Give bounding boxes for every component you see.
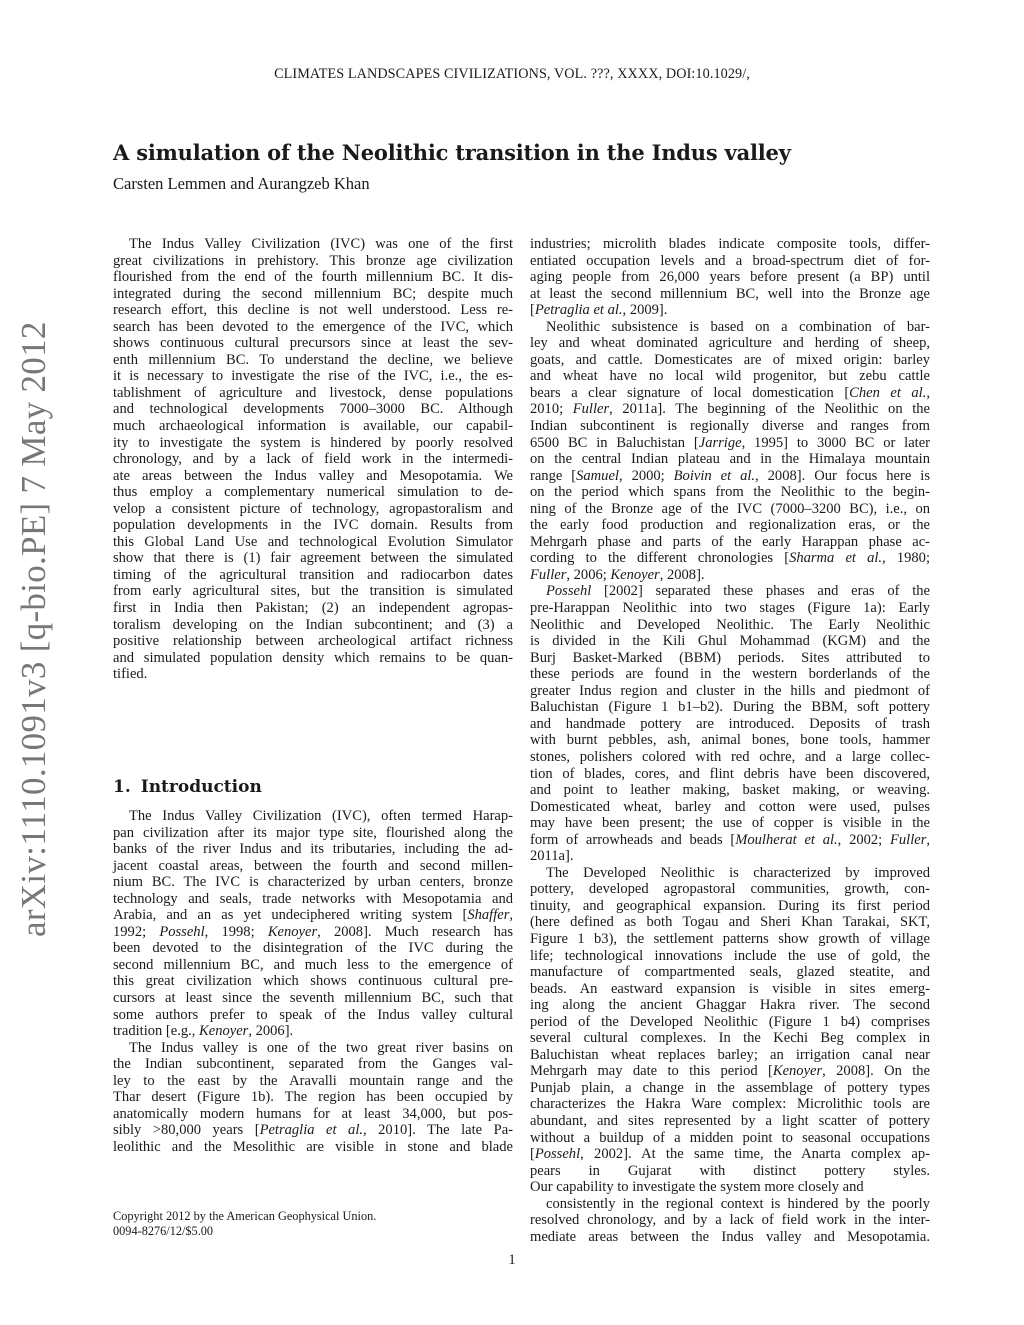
text-line: Baluchistan (Figure 1 b1–b2). During the… — [530, 699, 930, 716]
text-line: form of arrowheads and beads [Moulherat … — [530, 832, 930, 849]
text-line: shows continuous cultural precursors sin… — [113, 335, 513, 352]
introduction-body-left: The Indus Valley Civilization (IVC), oft… — [113, 808, 513, 1155]
text-line: ity to investigate the system is hindere… — [113, 435, 513, 452]
text-line: Neolithic and Developed Neolithic. The E… — [530, 617, 930, 634]
text-line: aging people from 26,000 years before pr… — [530, 269, 930, 286]
text-line: jacent coastal areas, between the fourth… — [113, 858, 513, 875]
text-line: tified. — [113, 666, 513, 683]
text-line: from early agricultural sites, but the t… — [113, 583, 513, 600]
introduction-body-right: industries; microlith blades indicate co… — [530, 236, 930, 1245]
text-line: this great civilization which shows cont… — [113, 973, 513, 990]
text-line: resolved chronology, and by a lack of fi… — [530, 1212, 930, 1229]
text-line: [Petraglia et al., 2009]. — [530, 302, 930, 319]
text-line: The Indus valley is one of the two great… — [113, 1040, 513, 1057]
abstract: The Indus Valley Civilization (IVC) was … — [113, 236, 513, 683]
text-line: positive relationship between archeologi… — [113, 633, 513, 650]
text-line: it is necessary to investigate the rise … — [113, 368, 513, 385]
text-line: this Global Land Use and technological E… — [113, 534, 513, 551]
text-line: on the central Indian plateau and in the… — [530, 451, 930, 468]
text-line: Indian subcontinent is regionally divers… — [530, 418, 930, 435]
text-line: integrated during the second millennium … — [113, 286, 513, 303]
text-line: is divided in the Kili Ghul Mohammad (KG… — [530, 633, 930, 650]
text-line: tradition [e.g., Kenoyer, 2006]. — [113, 1023, 513, 1040]
text-line: great civilizations in prehistory. This … — [113, 253, 513, 270]
text-line: Thar desert (Figure 1b). The region has … — [113, 1089, 513, 1106]
text-line: goats, and cattle. Domesticates are of m… — [530, 352, 930, 369]
text-line: characterizes the Hakra Ware complex: Mi… — [530, 1096, 930, 1113]
text-line: thus employ a complementary numerical si… — [113, 484, 513, 501]
text-line: may have been present; the use of copper… — [530, 815, 930, 832]
page-number: 1 — [0, 1252, 1024, 1269]
text-line: consistently in the regional context is … — [530, 1196, 930, 1213]
text-line: leolithic and the Mesolithic are visible… — [113, 1139, 513, 1156]
text-line: period of the Developed Neolithic (Figur… — [530, 1014, 930, 1031]
text-line: population developments in the IVC domai… — [113, 517, 513, 534]
text-line: and point to leather making, basket maki… — [530, 782, 930, 799]
text-line: 6500 BC in Baluchistan [Jarrige, 1995] t… — [530, 435, 930, 452]
text-line: Mehrgarh may date to this period [Kenoye… — [530, 1063, 930, 1080]
text-line: bears a clear signature of local domesti… — [530, 385, 930, 402]
text-line: anatomically modern humans for at least … — [113, 1106, 513, 1123]
text-line: show that there is (1) fair agreement be… — [113, 550, 513, 567]
text-line: Baluchistan wheat replaces barley; an ir… — [530, 1047, 930, 1064]
text-line: banks of the river Indus and its tributa… — [113, 841, 513, 858]
text-line: these periods are found in the western b… — [530, 666, 930, 683]
text-line: ning of the Bronze age of the IVC (7000–… — [530, 501, 930, 518]
text-line: first in India then Pakistan; (2) an ind… — [113, 600, 513, 617]
text-line: manufacture of compartmented seals, glaz… — [530, 964, 930, 981]
text-line: pan civilization after its major type si… — [113, 825, 513, 842]
text-line: been devoted to the disintegration of th… — [113, 940, 513, 957]
text-line: The Indus Valley Civilization (IVC) was … — [113, 236, 513, 253]
text-line: sibly >80,000 years [Petraglia et al., 2… — [113, 1122, 513, 1139]
text-line: with burnt pebbles, ash, animal bones, b… — [530, 732, 930, 749]
text-line: and wheat have no local wild progenitor,… — [530, 368, 930, 385]
text-line: cording to the different chronologies [S… — [530, 550, 930, 567]
text-line: life; technological innovations include … — [530, 948, 930, 965]
text-line: the Indian subcontinent, separated from … — [113, 1056, 513, 1073]
text-line: Arabia, and an as yet undeciphered writi… — [113, 907, 513, 924]
text-line: Burj Basket-Marked (BBM) periods. Sites … — [530, 650, 930, 667]
text-line: tinuity, and geographical expansion. Dur… — [530, 898, 930, 915]
issn-price: 0094-8276/12/$5.00 — [113, 1224, 376, 1239]
text-line: range [Samuel, 2000; Boivin et al., 2008… — [530, 468, 930, 485]
text-line: nium BC. The IVC is characterized by urb… — [113, 874, 513, 891]
text-line: chronology, and by a lack of field work … — [113, 451, 513, 468]
text-line: stones, polishers colored with red ochre… — [530, 749, 930, 766]
text-line: The Developed Neolithic is characterized… — [530, 865, 930, 882]
text-line: timing of the agricultural transition an… — [113, 567, 513, 584]
text-line: pears in Gujarat with distinct pottery s… — [530, 1163, 930, 1180]
text-line: Our capability to investigate the system… — [530, 1179, 930, 1196]
text-line: enth millennium BC. To understand the de… — [113, 352, 513, 369]
text-line: 2010; Fuller, 2011a]. The beginning of t… — [530, 401, 930, 418]
copyright-notice: Copyright 2012 by the American Geophysic… — [113, 1209, 376, 1239]
text-line: technology and seals, trade networks wit… — [113, 891, 513, 908]
text-line: ate areas between the Indus valley and M… — [113, 468, 513, 485]
copyright-text: Copyright 2012 by the American Geophysic… — [113, 1209, 376, 1224]
text-line: (here defined as both Togau and Sheri Kh… — [530, 914, 930, 931]
text-line: mediate areas between the Indus valley a… — [530, 1229, 930, 1246]
arxiv-identifier-stamp[interactable]: arXiv:1110.1091v3 [q-bio.PE] 7 May 2012 — [14, 321, 54, 937]
text-line: ley and wheat dominated agriculture and … — [530, 335, 930, 352]
text-line: without a buildup of a midden point to s… — [530, 1130, 930, 1147]
text-line: much archaeological information is avail… — [113, 418, 513, 435]
text-line: on the period which spans from the Neoli… — [530, 484, 930, 501]
text-line: 2011a]. — [530, 848, 930, 865]
text-line: and handmade pottery are introduced. Dep… — [530, 716, 930, 733]
text-line: and simulated population density which r… — [113, 650, 513, 667]
text-line: Punjab plain, a change in the assemblage… — [530, 1080, 930, 1097]
text-line: The Indus Valley Civilization (IVC), oft… — [113, 808, 513, 825]
text-line: greater Indus region and cluster in the … — [530, 683, 930, 700]
text-line: 1992; Possehl, 1998; Kenoyer, 2008]. Muc… — [113, 924, 513, 941]
text-line: some authors prefer to speak of the Indu… — [113, 1007, 513, 1024]
text-line: Figure 1 b3), the settlement patterns sh… — [530, 931, 930, 948]
running-head: CLIMATES LANDSCAPES CIVILIZATIONS, VOL. … — [0, 66, 1024, 83]
text-line: second millennium BC, and much less to t… — [113, 957, 513, 974]
text-line: flourished from the end of the fourth mi… — [113, 269, 513, 286]
text-line: Possehl [2002] separated these phases an… — [530, 583, 930, 600]
text-line: abundant, and sites represented by a lig… — [530, 1113, 930, 1130]
text-line: Fuller, 2006; Kenoyer, 2008]. — [530, 567, 930, 584]
text-line: entiated occupation levels and a broad-s… — [530, 253, 930, 270]
text-line: research effort, this decline is not wel… — [113, 302, 513, 319]
text-line: several cultural complexes. In the Kechi… — [530, 1030, 930, 1047]
text-line: ley to the east by the Aravalli mountain… — [113, 1073, 513, 1090]
text-line: the early food production and regionaliz… — [530, 517, 930, 534]
text-line: industries; microlith blades indicate co… — [530, 236, 930, 253]
text-line: cursors at least since the seventh mille… — [113, 990, 513, 1007]
text-line: [Possehl, 2002]. At the same time, the A… — [530, 1146, 930, 1163]
text-line: Neolithic subsistence is based on a comb… — [530, 319, 930, 336]
text-line: and technological developments 7000–3000… — [113, 401, 513, 418]
text-line: pottery, developed agropastoral communit… — [530, 881, 930, 898]
text-line: ing along the ancient Ghaggar Hakra rive… — [530, 997, 930, 1014]
text-line: pre-Harappan Neolithic into two stages (… — [530, 600, 930, 617]
text-line: tablishment of agriculture and livestock… — [113, 385, 513, 402]
section-title: Introduction — [141, 777, 262, 797]
section-number: 1. — [113, 777, 131, 797]
section-heading-introduction: 1.Introduction — [113, 777, 262, 797]
text-line: search has been devoted to the emergence… — [113, 319, 513, 336]
text-line: tion of blades, cores, and flint debris … — [530, 766, 930, 783]
paper-authors: Carsten Lemmen and Aurangzeb Khan — [113, 174, 370, 194]
text-line: at least the second millennium BC, well … — [530, 286, 930, 303]
text-line: beads. An eastward expansion is visible … — [530, 981, 930, 998]
text-line: velop a consistent picture of technology… — [113, 501, 513, 518]
text-line: Mehrgarh phase and parts of the early Ha… — [530, 534, 930, 551]
text-line: Domesticated wheat, barley and cotton we… — [530, 799, 930, 816]
paper-title: A simulation of the Neolithic transition… — [113, 140, 791, 165]
text-line: toralism developing on the Indian subcon… — [113, 617, 513, 634]
